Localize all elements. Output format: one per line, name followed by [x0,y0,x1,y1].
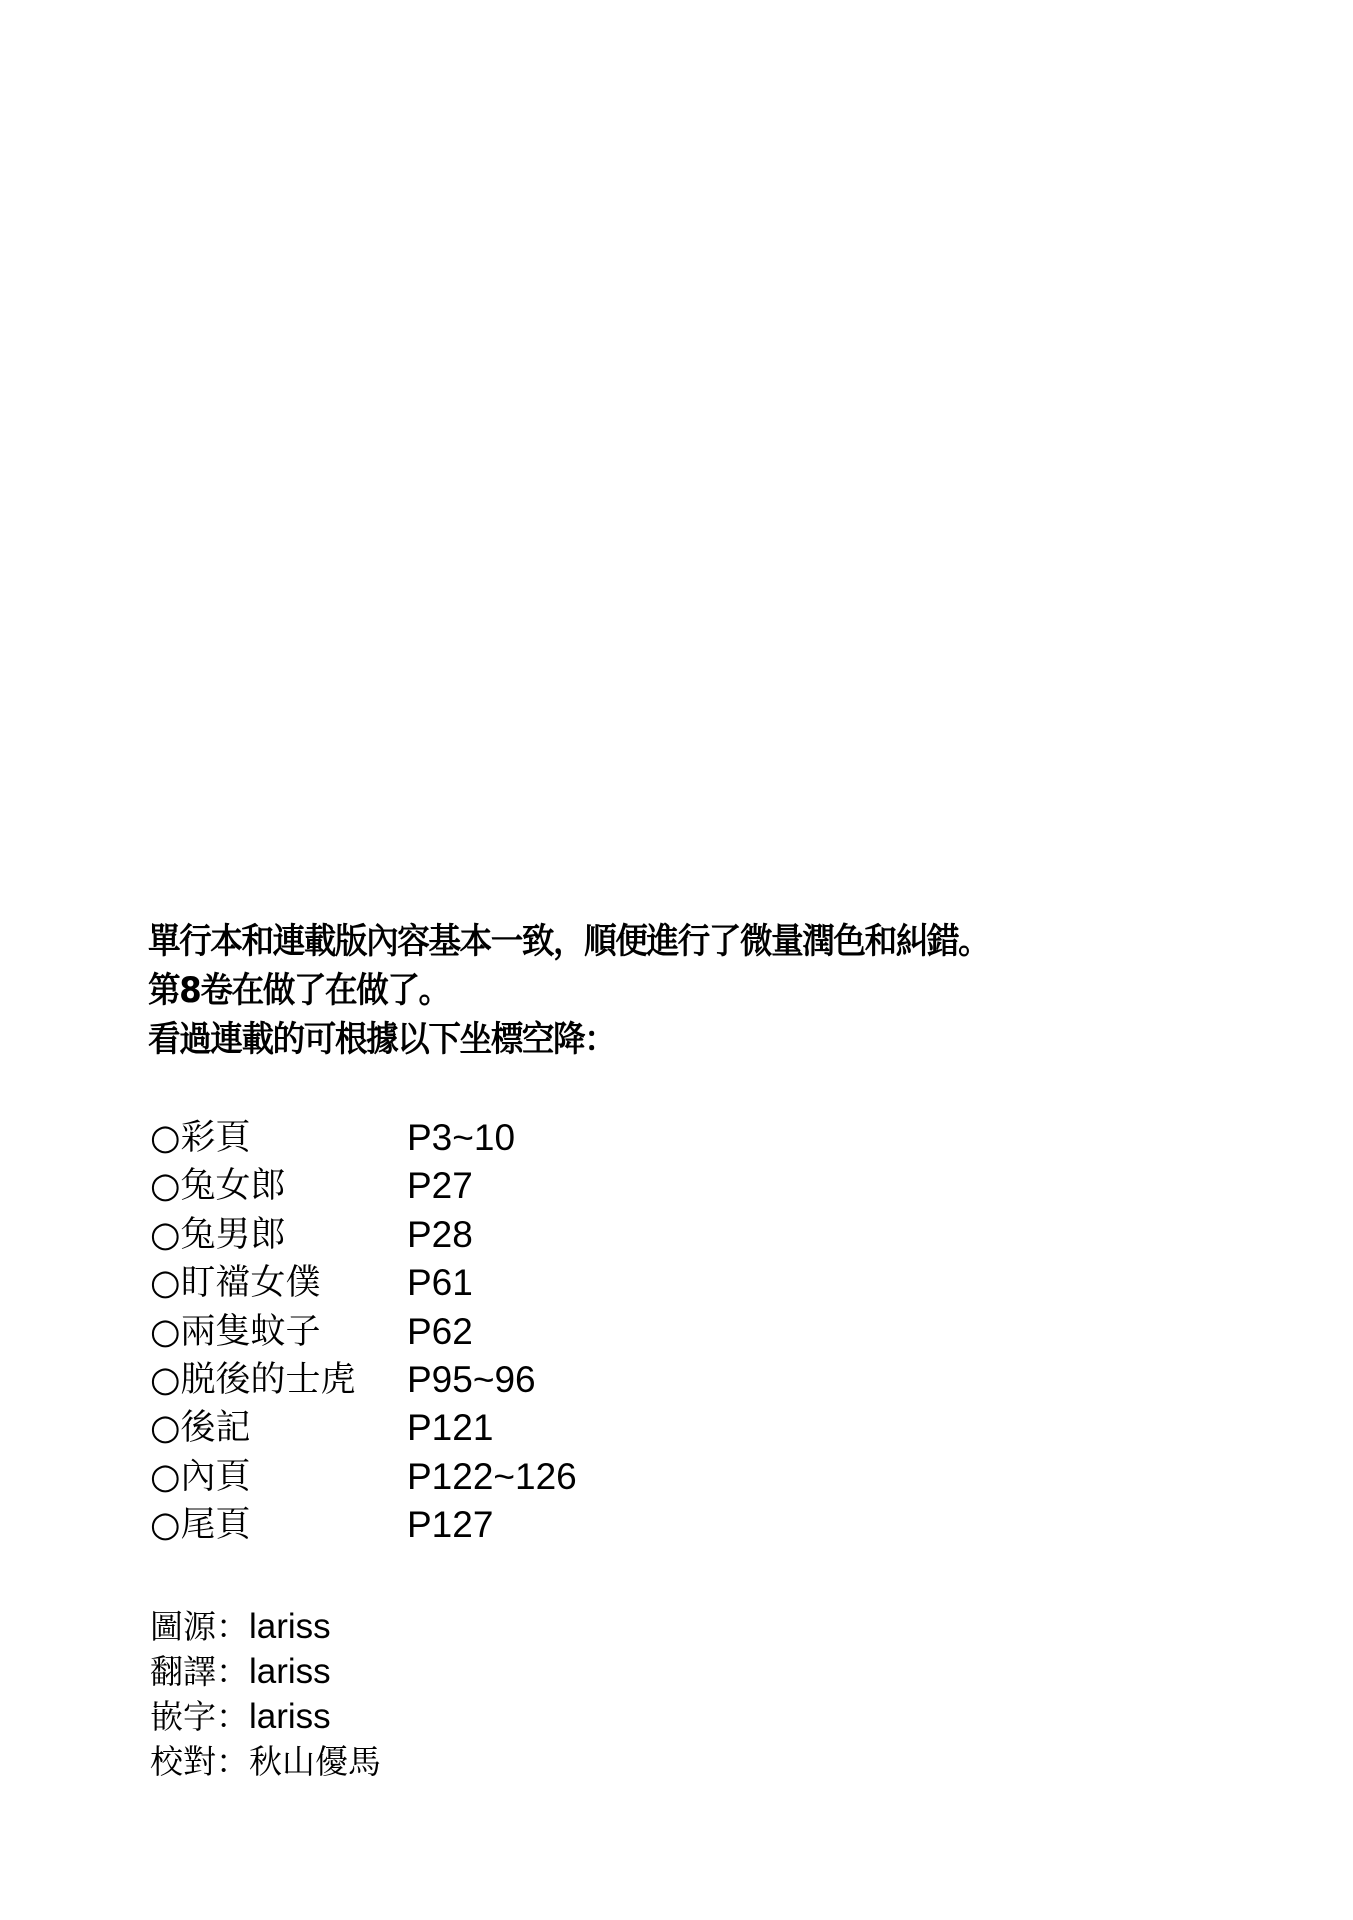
credit-role: 圖源 [150,1607,216,1646]
credit-name: lariss [249,1607,331,1646]
credit-translation: 翻譯：lariss [150,1649,750,1694]
credit-name: lariss [249,1652,331,1691]
page-number: P121 [407,1404,493,1452]
credit-typesetting: 嵌字：lariss [150,1694,750,1739]
circle-bullet-icon: ○ [150,1166,181,1206]
page-number: P28 [407,1211,473,1259]
page-number: P27 [407,1162,473,1210]
section-label: 兔男郎 [181,1215,286,1255]
section-label: 彩頁 [181,1118,251,1158]
list-item: ○內頁 P122~126 [150,1453,850,1501]
section-label: 尾頁 [181,1505,251,1545]
list-item: ○尾頁 P127 [150,1501,850,1549]
credit-separator: ： [216,1742,249,1781]
section-label: 後記 [181,1408,251,1448]
circle-bullet-icon: ○ [150,1457,181,1497]
circle-bullet-icon: ○ [150,1408,181,1448]
page-number: P127 [407,1501,493,1549]
section-label: 兩隻蚊子 [181,1312,321,1352]
credit-role: 校對 [150,1742,216,1781]
credit-separator: ： [216,1652,249,1691]
list-item: ○兔男郎 P28 [150,1211,850,1259]
circle-bullet-icon: ○ [150,1215,181,1255]
page-number: P95~96 [407,1356,536,1404]
section-label: 兔女郎 [181,1166,286,1206]
circle-bullet-icon: ○ [150,1118,181,1158]
page-number: P61 [407,1259,473,1307]
page-number: P122~126 [407,1453,577,1501]
circle-bullet-icon: ○ [150,1360,181,1400]
section-label: 內頁 [181,1457,251,1497]
list-item: ○兩隻蚊子 P62 [150,1308,850,1356]
list-item: ○盯襠女僕 P61 [150,1259,850,1307]
credits-block: 圖源：lariss 翻譯：lariss 嵌字：lariss 校對：秋山優馬 [150,1604,750,1784]
credit-role: 翻譯 [150,1652,216,1691]
circle-bullet-icon: ○ [150,1505,181,1545]
list-item: ○兔女郎 P27 [150,1162,850,1210]
page-number: P3~10 [407,1114,515,1162]
page-number: P62 [407,1308,473,1356]
credit-source: 圖源：lariss [150,1604,750,1649]
intro-paragraph: 單行本和連載版內容基本一致，順便進行了微量潤色和糾錯。 第8卷在做了在做了。 看… [148,918,1298,1065]
intro-line-1: 單行本和連載版內容基本一致，順便進行了微量潤色和糾錯。 [148,918,1218,967]
intro-line-3: 看過連載的可根據以下坐標空降： [148,1016,1218,1065]
credit-name: 秋山優馬 [249,1742,381,1781]
intro-line-2: 第8卷在做了在做了。 [148,967,1218,1016]
credit-name: lariss [249,1697,331,1736]
section-label: 脱後的士虎 [181,1360,356,1400]
circle-bullet-icon: ○ [150,1312,181,1352]
credit-separator: ： [216,1607,249,1646]
credit-proofreading: 校對：秋山優馬 [150,1739,750,1784]
credit-role: 嵌字 [150,1697,216,1736]
credit-separator: ： [216,1697,249,1736]
list-item: ○後記 P121 [150,1404,850,1452]
circle-bullet-icon: ○ [150,1263,181,1303]
section-label: 盯襠女僕 [181,1263,321,1303]
list-item: ○彩頁 P3~10 [150,1114,850,1162]
page-index-list: ○彩頁 P3~10 ○兔女郎 P27 ○兔男郎 P28 ○盯襠女僕 P61 ○兩… [150,1114,850,1550]
page: 單行本和連載版內容基本一致，順便進行了微量潤色和糾錯。 第8卷在做了在做了。 看… [0,0,1353,1920]
list-item: ○脱後的士虎 P95~96 [150,1356,850,1404]
